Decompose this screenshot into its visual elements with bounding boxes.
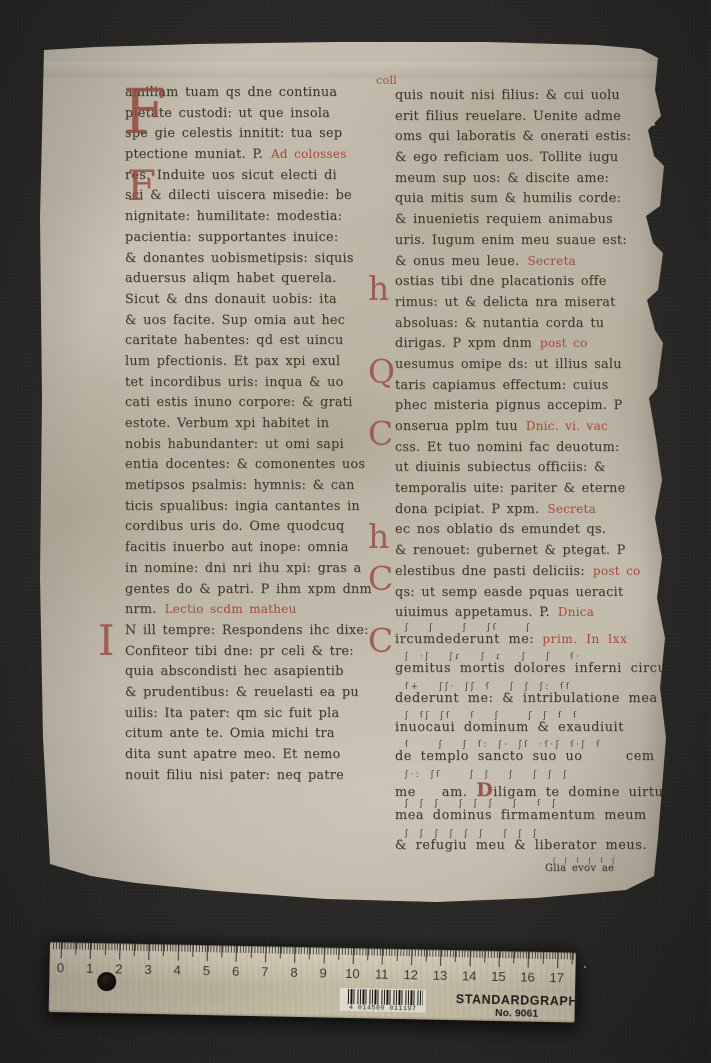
manuscript-line: rimus: ut & delicta nra miserat [395, 295, 667, 316]
barcode-digits: 4 014509 011197 [340, 1004, 426, 1013]
neume-notation: ʃ ʃ ʃ ʃ ʃ ʃ ʃ ʃ ʃ [405, 829, 539, 838]
latin-text: ut diuinis subiectus officiis: & [395, 460, 606, 475]
manuscript-line: cordibus uris do. Ome quodcuq [125, 519, 393, 540]
rubric-label: Secreta [527, 254, 576, 268]
rubric-label: coll [376, 74, 397, 87]
latin-text: tet incordibus uris: inqua & uo [125, 375, 344, 390]
manuscript-line: ut diuinis subiectus officiis: & [395, 460, 667, 481]
rubric-label: prim. In lxx [542, 632, 627, 646]
latin-text: css. Et tuo nomini fac deuotum: [395, 440, 620, 455]
latin-text: nouit filiu nisi pater: neq patre [125, 768, 344, 783]
manuscript-line: caritate habentes: qd est uincu [125, 333, 393, 354]
manuscript-line: IN ill tempre: Respondens ihc dixe: [125, 623, 393, 644]
neume-notation: ʃ ʃ ʃ ʃſ ʃ [405, 623, 532, 632]
latin-text: erit filius reuelare. Uenite adme [395, 109, 621, 124]
neume-notation: ʃ ·ʃ ʃɾ ʃ ɾ ʃ ʃ ſ· [405, 652, 581, 661]
ruler-cm-number: 16 [520, 969, 535, 984]
manuscript-line: ʃ ·ʃ ʃɾ ʃ ɾ ʃ ʃ ſ·gemitus mortis dolores… [395, 655, 667, 684]
manuscript-line: citum ante te. Omia michi tra [125, 726, 393, 747]
latin-text: & refugiu meu & liberator meus. [395, 838, 647, 853]
manuscript-line: metipsos psalmis: hymnis: & can [125, 478, 393, 499]
latin-text: gemitus mortis dolores inferni circu [395, 661, 666, 676]
manuscript-line: & uos facite. Sup omia aut hec [125, 313, 393, 334]
ruler-cm-number: 14 [462, 968, 477, 983]
latin-text: & donantes uobismetipsis: siquis [125, 251, 354, 266]
inline-red-initial: D [476, 779, 493, 801]
ruler-cm-number: 0 [57, 960, 65, 975]
manuscript-line: nrm.Lectio scdm matheu [125, 602, 393, 623]
manuscript-line: pacientia: supportantes inuice: [125, 230, 393, 251]
latin-text: dona pcipiat. P xpm. [395, 502, 539, 517]
latin-text: estote. Verbum xpi habitet in [125, 416, 329, 431]
manuscript-line: hec nos oblatio ds emundet qs. [395, 522, 667, 543]
manuscript-line: ʃ ʃ ʃ ʃſ ʃCircumdederunt me:prim. In lxx [395, 626, 667, 655]
manuscript-line: Familiam tuam qs dne continuacoll [125, 85, 393, 106]
manuscript-line: & renouet: gubernet & ptegat. P [395, 543, 667, 564]
neume-notation: ʃ·: ʃſ ʃ ʃ ʃ ʃ ʃ ʃ [405, 770, 569, 779]
manuscript-line: & prudentibus: & reuelasti ea pu [125, 685, 393, 706]
latin-text: taris capiamus effectum: cuius [395, 378, 608, 393]
latin-text: cordibus uris do. Ome quodcuq [125, 519, 344, 534]
illuminated-initial: Q [368, 355, 395, 388]
ruler-cm-number: 8 [290, 965, 298, 980]
manuscript-line: dita sunt apatre meo. Et nemo [125, 747, 393, 768]
manuscript-line: & inuenietis requiem animabus [395, 212, 667, 233]
latin-text: temporalis uite: pariter & eterne [395, 481, 625, 496]
latin-text: nignitate: humilitate: modestia: [125, 209, 342, 224]
latin-text: & renouet: gubernet & ptegat. P [395, 543, 626, 558]
manuscript-line: uris. Iugum enim meu suaue est: [395, 233, 667, 254]
manuscript-line: absoluas: & nutantia corda tu [395, 316, 667, 337]
latin-text: dirigas. P xpm dnm [395, 336, 532, 351]
latin-text: citum ante te. Omia michi tra [125, 726, 335, 741]
ruler-cm-number: 4 [173, 962, 181, 977]
manuscript-line: qs: ut semp easde pquas ueracit [395, 585, 667, 606]
manuscript-line: cati estis inuno corpore: & grati [125, 395, 393, 416]
latin-text: absoluas: & nutantia corda tu [395, 316, 604, 331]
ruler-cm-number: 7 [261, 964, 269, 979]
ruler-tick-scale [50, 942, 576, 970]
ruler-model: No. 9061 [437, 1006, 597, 1021]
latin-text: & prudentibus: & reuelasti ea pu [125, 685, 359, 700]
rubric-label: post co [593, 564, 641, 578]
rubric-label: post co [540, 336, 588, 350]
manuscript-line: ticis spualibus: ingia cantantes in [125, 499, 393, 520]
latin-text: quis nouit nisi filius: & cui uolu [395, 88, 620, 103]
latin-text: facitis inuerbo aut inope: omnia [125, 540, 349, 555]
manuscript-line: facitis inuerbo aut inope: omnia [125, 540, 393, 561]
latin-text: metipsos psalmis: hymnis: & can [125, 478, 355, 493]
ruler-cm-number: 5 [203, 963, 211, 978]
latin-text: sci & dilecti uiscera misedie: be [125, 188, 352, 203]
ruler-cm-number: 2 [115, 961, 123, 976]
latin-text: phec misteria pignus accepim. P [395, 398, 623, 413]
rubric-label: Dnica [558, 605, 594, 619]
latin-text: & onus meu leue. [395, 254, 519, 269]
manuscript-line: Sicut & dns donauit uobis: ita [125, 292, 393, 313]
latin-text: ostias tibi dne placationis offe [395, 274, 607, 289]
manuscript-line: ʃ·: ʃſ ʃ ʃ ʃ ʃ ʃ ʃme am. Diligam te domi… [395, 773, 667, 802]
latin-text: N ill tempre: Respondens ihc dixe: [125, 623, 369, 638]
latin-text: & uos facite. Sup omia aut hec [125, 313, 345, 328]
ruler-cm-number: 3 [144, 962, 152, 977]
manuscript-line: estote. Verbum xpi habitet in [125, 416, 393, 437]
latin-text: Confiteor tibi dne: pr celi & tre: [125, 644, 354, 659]
ruler-cm-number: 15 [491, 969, 506, 984]
manuscript-line: entia docentes: & comonentes uos [125, 457, 393, 478]
chant-text: me am. [395, 785, 476, 800]
text-column-left: Familiam tuam qs dne continuacollpietate… [125, 85, 393, 788]
latin-text: & ego reficiam uos. Tollite iugu [395, 150, 618, 165]
rubric-label: Secreta [547, 502, 596, 516]
latin-text: uilis: Ita pater: qm sic fuit pla [125, 706, 339, 721]
latin-text: uiuimus appetamus. P. [395, 605, 550, 620]
manuscript-line: ʃ ʃ ʃ ʃ ʃ ʃ ʃ ʃ ʃ& refugiu meu & liberat… [395, 832, 667, 861]
manuscript-line: nouit filiu nisi pater: neq patre [125, 768, 393, 789]
latin-text: in nomine: dni nri ihu xpi: gras a [125, 561, 362, 576]
manuscript-line: nignitate: humilitate: modestia: [125, 209, 393, 230]
latin-text: cati estis inuno corpore: & grati [125, 395, 353, 410]
ruler: 4 014509 011197 STANDARDGRAPH No. 9061 0… [49, 942, 576, 1023]
latin-text: quia mitis sum & humilis corde: [395, 191, 621, 206]
latin-text: res. Induite uos sicut electi di [125, 168, 337, 183]
latin-text: uris. Iugum enim meu suaue est: [395, 233, 627, 248]
latin-text: aduersus aliqm habet querela. [125, 271, 337, 286]
rubric-label: Lectio scdm matheu [165, 602, 297, 616]
ruler-cm-number: 9 [319, 965, 327, 980]
manuscript-line: erit filius reuelare. Uenite adme [395, 109, 667, 130]
latin-text: nrm. [125, 602, 157, 617]
barcode-bars [348, 989, 423, 1006]
manuscript-line: Celestibus dne pasti deliciis:post co [395, 564, 667, 585]
latin-text: & inuenietis requiem animabus [395, 212, 613, 227]
manuscript-page: Familiam tuam qs dne continuacollpietate… [36, 38, 676, 904]
ruler-cm-number: 6 [232, 964, 240, 979]
ruler-cm-number: 17 [549, 970, 564, 985]
latin-text: dita sunt apatre meo. Et nemo [125, 747, 341, 762]
latin-text: uesumus omipe ds: ut illius salu [395, 357, 622, 372]
latin-text: de templo sancto suo uo cem [395, 749, 655, 764]
ruler-cm-number: 13 [433, 968, 448, 983]
manuscript-line: ptectione muniat. P.Ad colosses [125, 147, 393, 168]
ruler-cm-number: 11 [375, 967, 389, 982]
manuscript-line: meum sup uos: & discite ame: [395, 171, 667, 192]
manuscript-line: Confiteor tibi dne: pr celi & tre: [125, 644, 393, 665]
manuscript-line: ſ+ ʃʃ· ʃʃ ſ ʃ ʃ ʃ: ſſdederunt me: & intr… [395, 685, 667, 714]
manuscript-line: & onus meu leue.Secreta [395, 254, 667, 275]
illuminated-initial: F [123, 81, 166, 143]
latin-text: pacientia: supportantes inuice: [125, 230, 338, 245]
illuminated-initial: h [368, 272, 390, 305]
manuscript-line: dirigas. P xpm dnmpost co [395, 336, 667, 357]
latin-text: gentes do & patri. P ihm xpm dnm [125, 582, 372, 597]
manuscript-line: oms qui laboratis & onerati estis: [395, 129, 667, 150]
illuminated-initial: F [127, 165, 156, 207]
manuscript-line: hostias tibi dne placationis offe [395, 274, 667, 295]
manuscript-line: quia abscondisti hec asapientib [125, 664, 393, 685]
manuscript-line: aduersus aliqm habet querela. [125, 271, 393, 292]
manuscript-line: in nomine: dni nri ihu xpi: gras a [125, 561, 393, 582]
manuscript-line: uilis: Ita pater: qm sic fuit pla [125, 706, 393, 727]
rubric-label: Dnic. vi. vac [526, 419, 608, 433]
manuscript-line: ʃ ʃ ſ ʃ ſ ʃGlia evov ae [395, 861, 667, 877]
latin-text: onserua pplm tuu [395, 419, 518, 434]
manuscript-line: taris capiamus effectum: cuius [395, 378, 667, 399]
latin-text: lum pfectionis. Et pax xpi exul [125, 354, 340, 369]
illuminated-initial: C [368, 417, 394, 450]
latin-text: caritate habentes: qd est uincu [125, 333, 343, 348]
manuscript-line: temporalis uite: pariter & eterne [395, 481, 667, 502]
latin-text: ec nos oblatio ds emundet qs. [395, 522, 606, 537]
illuminated-initial: C [368, 562, 394, 595]
manuscript-line: ʃ ſʃ ʃſ ſ ʃ ʃ ʃ ſ ſinuocaui dominum & ex… [395, 714, 667, 743]
dust-speck [584, 966, 586, 968]
latin-text: mea dominus firmamentum meum [395, 808, 647, 823]
manuscript-line: sci & dilecti uiscera misedie: be [125, 188, 393, 209]
manuscript-line: quia mitis sum & humilis corde: [395, 191, 667, 212]
neume-notation: ʃ ʃ ʃ ʃ ʃ ʃ ʃ ſ ʃ [405, 799, 558, 808]
ruler-cm-number: 12 [403, 967, 418, 982]
manuscript-line: tet incordibus uris: inqua & uo [125, 375, 393, 396]
latin-text: iligam te domine uirtus [493, 785, 670, 800]
latin-text: oms qui laboratis & onerati estis: [395, 129, 631, 144]
latin-text: quia abscondisti hec asapientib [125, 664, 344, 679]
latin-text: inuocaui dominum & exaudiuit [395, 720, 624, 735]
neume-notation: ſ ʃ ʃ ſ: ʃ· ʃſ ·ſ·ʃ ſ·ʃ ſ [405, 740, 602, 749]
latin-text: entia docentes: & comonentes uos [125, 457, 365, 472]
manuscript-line: Fres. Induite uos sicut electi di [125, 168, 393, 189]
illuminated-initial: I [98, 620, 115, 662]
manuscript-line: lum pfectionis. Et pax xpi exul [125, 354, 393, 375]
latin-text: ptectione muniat. P. [125, 147, 263, 162]
manuscript-line: gentes do & patri. P ihm xpm dnm [125, 582, 393, 603]
dust-speck [652, 123, 655, 126]
ruler-cm-number: 10 [345, 966, 360, 981]
manuscript-line: Conserua pplm tuuDnic. vi. vac [395, 419, 667, 440]
latin-text: dederunt me: & intribulatione mea [395, 691, 658, 706]
latin-text: qs: ut semp easde pquas ueracit [395, 585, 623, 600]
latin-text: rimus: ut & delicta nra miserat [395, 295, 615, 310]
rubric-label: Ad colosses [271, 147, 347, 161]
ruler-hanging-hole [97, 972, 116, 991]
manuscript-line: quis nouit nisi filius: & cui uolu [395, 88, 667, 109]
neume-notation: ʃ ſʃ ʃſ ſ ʃ ʃ ʃ ſ ſ [405, 711, 579, 720]
neume-notation: ʃ ʃ ſ ʃ ſ ʃ [553, 857, 617, 866]
manuscript-line: nobis habundanter: ut omi sapi [125, 437, 393, 458]
text-column-right: quis nouit nisi filius: & cui uoluerit f… [395, 88, 667, 877]
ruler-cm-number: 1 [86, 961, 94, 976]
latin-text: ircumdederunt me: [395, 632, 534, 647]
manuscript-line: css. Et tuo nomini fac deuotum: [395, 440, 667, 461]
illuminated-initial: h [368, 520, 390, 553]
ruler-barcode: 4 014509 011197 [340, 988, 426, 1013]
illuminated-initial: C [368, 624, 394, 657]
latin-text: ticis spualibus: ingia cantantes in [125, 499, 360, 514]
manuscript-line: & donantes uobismetipsis: siquis [125, 251, 393, 272]
manuscript-line: ſ ʃ ʃ ſ: ʃ· ʃſ ·ſ·ʃ ſ·ʃ ſde templo sanct… [395, 743, 667, 772]
manuscript-line: phec misteria pignus accepim. P [395, 398, 667, 419]
manuscript-line: ʃ ʃ ʃ ʃ ʃ ʃ ʃ ſ ʃmea dominus firmamentum… [395, 802, 667, 831]
neume-notation: ſ+ ʃʃ· ʃʃ ſ ʃ ʃ ʃ: ſſ [405, 682, 572, 691]
latin-text: Sicut & dns donauit uobis: ita [125, 292, 337, 307]
manuscript-line: Quesumus omipe ds: ut illius salu [395, 357, 667, 378]
latin-text: meum sup uos: & discite ame: [395, 171, 609, 186]
manuscript-line: & ego reficiam uos. Tollite iugu [395, 150, 667, 171]
latin-text: elestibus dne pasti deliciis: [395, 564, 585, 579]
manuscript-line: dona pcipiat. P xpm.Secreta [395, 502, 667, 523]
latin-text: nobis habundanter: ut omi sapi [125, 437, 344, 452]
